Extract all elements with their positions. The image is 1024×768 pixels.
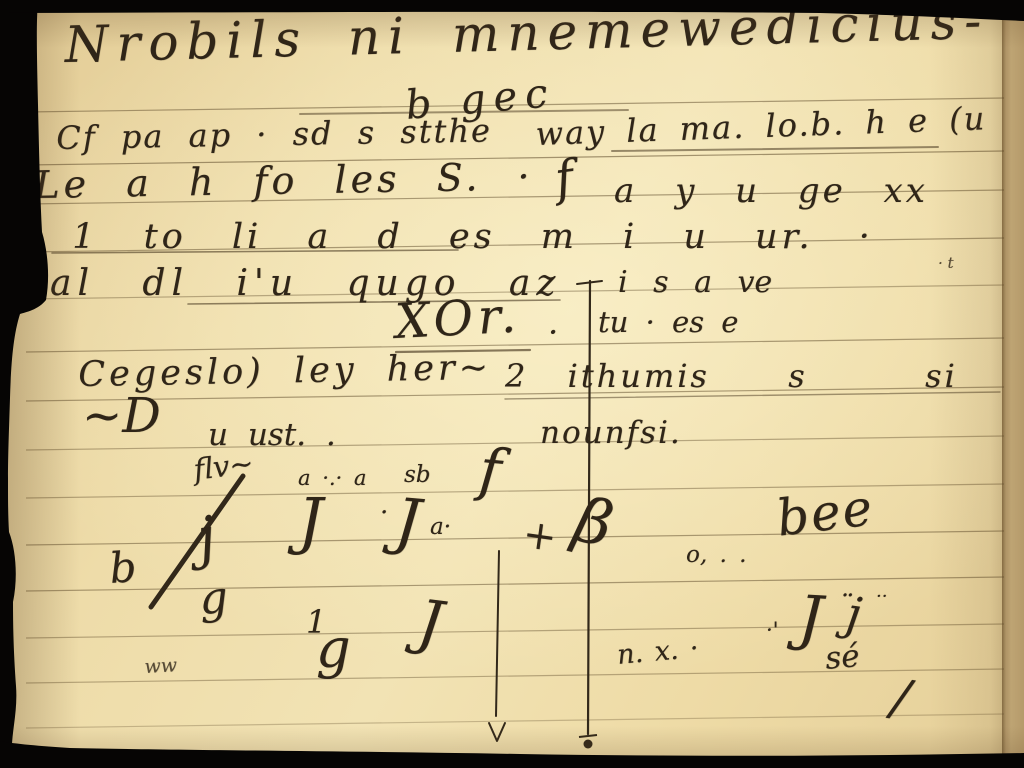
handwriting-stroke: g: [316, 622, 351, 676]
handwriting-stroke: XOr.: [394, 291, 522, 346]
handwriting-stroke: nounfsi.: [540, 418, 682, 449]
handwriting-stroke: f: [552, 154, 576, 204]
handwriting-stroke: /: [889, 672, 913, 724]
handwriting-stroke: ·: [380, 500, 388, 526]
handwriting-stroke: β: [569, 488, 619, 557]
handwriting-stroke: +: [520, 514, 559, 558]
handwriting-stroke: Le a h fo les S. ·: [34, 157, 534, 204]
handwriting-stroke: sé: [824, 641, 861, 675]
handwriting-stroke: sb: [404, 464, 431, 487]
handwriting-stroke: J: [415, 592, 446, 654]
handwriting-stroke: Cegeslo) ley her~: [78, 351, 492, 393]
handwriting-stroke: ·': [766, 620, 778, 641]
handwriting-stroke: j: [194, 510, 219, 568]
handwriting-stroke: J: [797, 588, 824, 649]
handwriting-stroke: g: [198, 576, 229, 622]
handwriting-stroke: o 1 to li a d es m i u ur. ·: [2, 220, 874, 255]
handwriting-stroke: ~D: [82, 392, 161, 440]
handwriting-stroke: bee: [774, 482, 877, 543]
handwriting-stroke: u ust. .: [208, 420, 336, 451]
photo-of-handwritten-page: Nrobils ni mnemewedicius-b gecCf pa ap ·…: [0, 0, 1024, 768]
handwriting-stroke: n. x. ·: [616, 635, 700, 669]
handwriting-stroke: Nrobils ni mnemewedicius-: [64, 0, 990, 70]
handwriting-stroke: · t: [938, 256, 954, 271]
handwriting-stroke: J: [298, 490, 323, 552]
handwriting-stroke: Cf pa ap · sd s stthe: [56, 114, 492, 154]
handwriting-stroke: a y u ge xx: [614, 174, 928, 208]
handwriting-stroke: tu · es e: [598, 308, 738, 337]
handwriting-stroke: i s a ve: [618, 268, 772, 298]
handwriting-stroke: flv~: [192, 449, 255, 485]
handwriting-stroke: f: [477, 440, 503, 500]
handwriting-stroke: ww: [144, 656, 177, 677]
handwriting-stroke: o, . .: [686, 544, 746, 567]
handwriting-stroke: 2 ithumis s si: [505, 360, 958, 392]
handwriting-stroke: ··: [876, 588, 887, 606]
handwriting-stroke: ·: [548, 316, 558, 348]
handwriting-stroke: a·: [430, 516, 451, 539]
handwriting-stroke: ¨: [838, 592, 852, 620]
handwriting-stroke: b: [108, 546, 138, 590]
handwriting-stroke: J: [393, 490, 423, 554]
handwriting-stroke: way la ma. lo.b. h e (u: [535, 102, 987, 150]
handwriting-layer: Nrobils ni mnemewedicius-b gecCf pa ap ·…: [0, 0, 1024, 768]
